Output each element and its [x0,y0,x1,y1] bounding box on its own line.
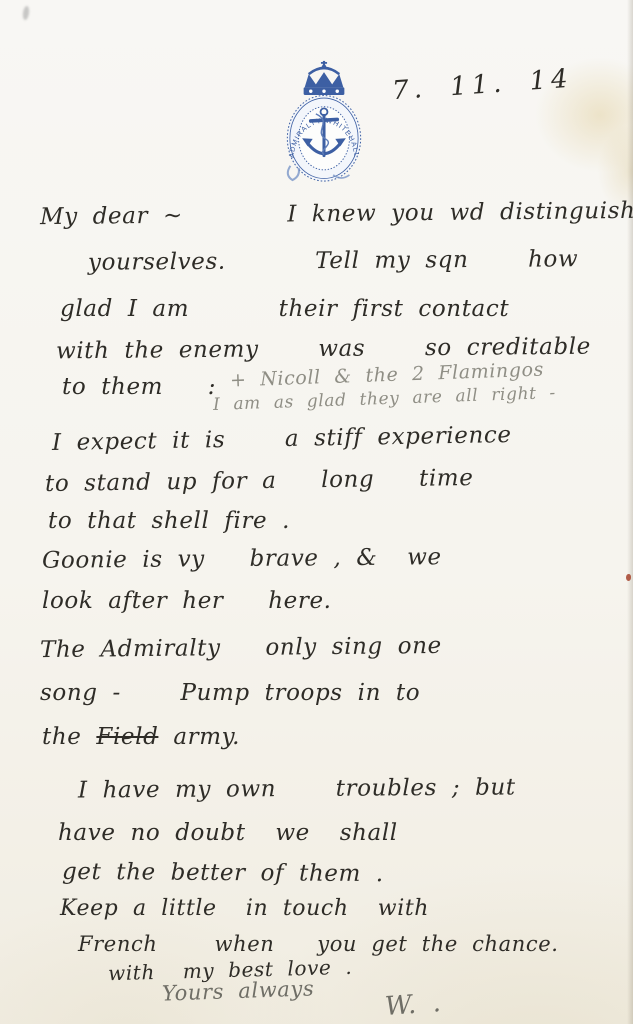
letter-line: to stand up for a long time [45,467,474,496]
letter-line: have no doubt we shall [58,822,398,845]
letter-line: yourselves. Tell my sqn how [88,248,578,274]
crown-icon [304,61,345,95]
letter-line: French when you get the chance. [78,934,559,955]
letter-line-field-army: the Field army. [42,726,240,749]
letter-line: glad I am their first contact [60,298,509,321]
letter-line: I expect it is a stiff experience [52,424,512,455]
letter-date: 7. 11. 14 [391,64,573,107]
paper-smudge [22,6,30,21]
letter-line: I have my own troubles ; but [78,776,516,802]
closing-yours: Yours always [162,978,315,1004]
letter-line: song - Pump troops in to [40,682,420,705]
line-post: army. [158,724,240,750]
line-pre: the [42,724,96,750]
paper-edge-shadow [627,0,633,1024]
letter-line: Keep a little in touch with [60,898,429,920]
paper-stain-speck [626,574,631,581]
letter-line: The Admiralty only sing one [40,635,442,662]
letter-line: Goonie is vy brave , & we [42,546,442,572]
letter-page: ADMIRALTY WHITEHALL [0,0,633,1024]
struck-word: Field [96,724,158,750]
letter-line: to that shell fire . [48,510,290,533]
letter-line: My dear ~ I knew you wd distinguish [40,200,633,229]
signature: W. . [384,990,442,1020]
letter-line: get the better of them . [62,861,384,886]
letter-line: look after her here. [42,590,332,613]
admiralty-whitehall-crest-icon: ADMIRALTY WHITEHALL [268,60,380,184]
letter-line: to them : [62,376,216,399]
